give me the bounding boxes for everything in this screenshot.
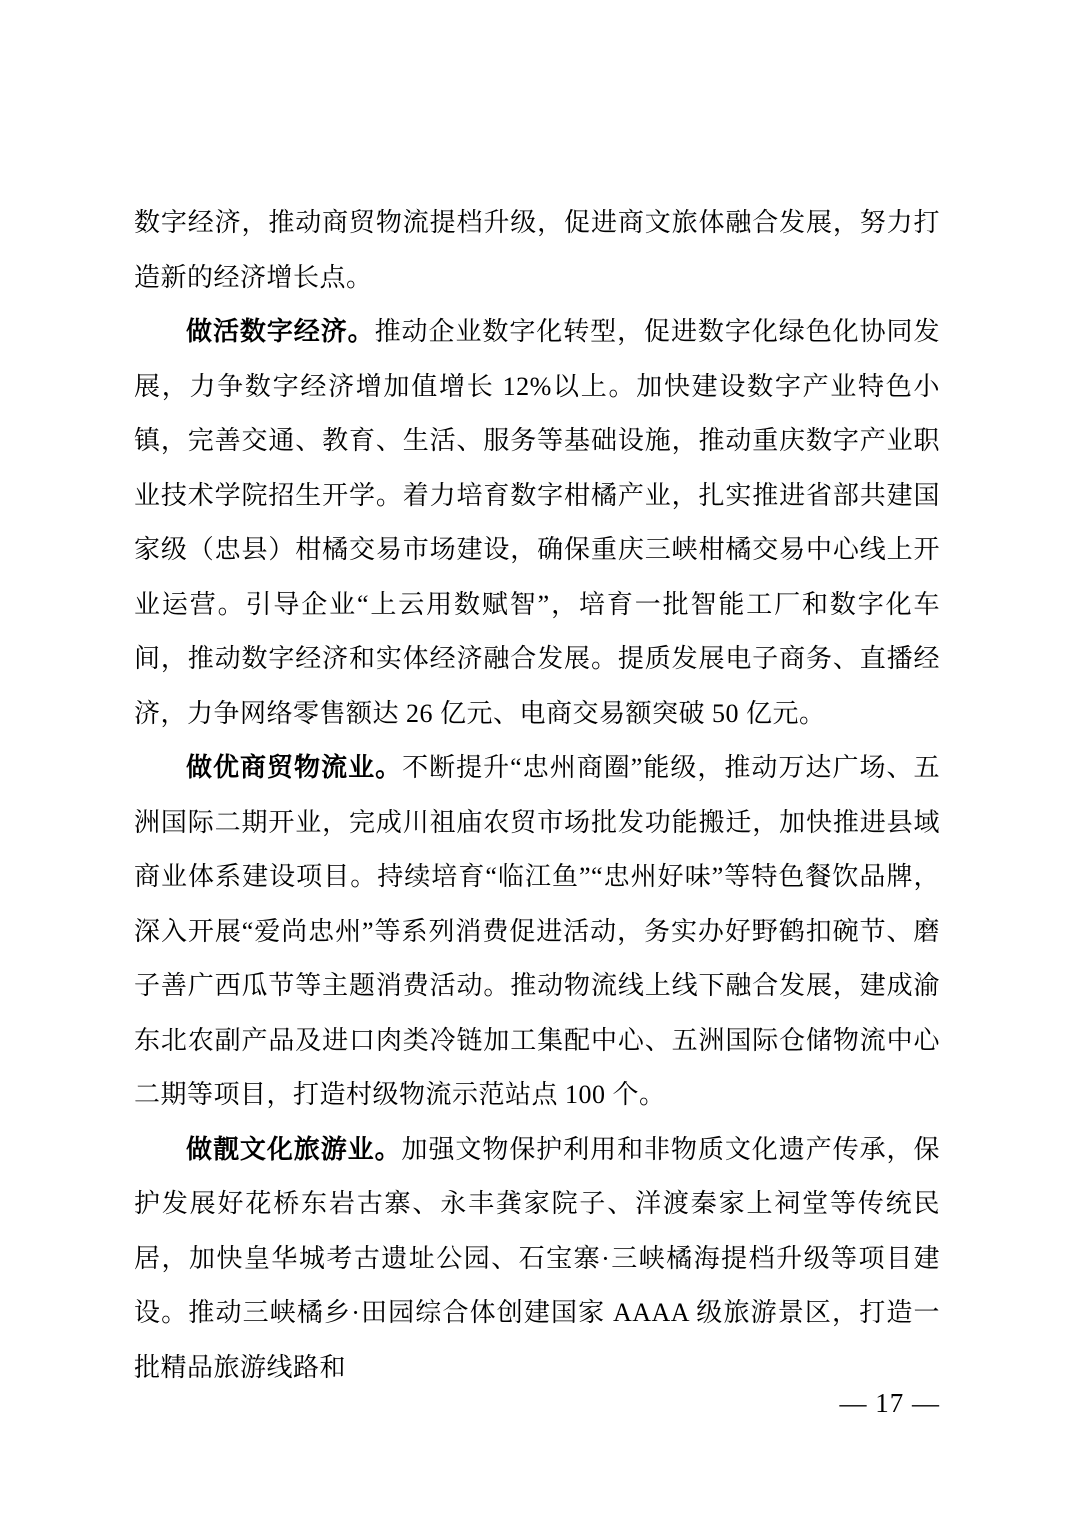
paragraph-2-text: 推动企业数字化转型，促进数字化绿色化协同发展，力争数字经济增加值增长 12%以上… <box>134 317 940 728</box>
document-body: 数字经济，推动商贸物流提档升级，促进商文旅体融合发展，努力打造新的经济增长点。 … <box>134 196 940 1395</box>
body-paragraph-3: 做优商贸物流业。不断提升“忠州商圈”能级，推动万达广场、五洲国际二期开业，完成川… <box>134 741 940 1123</box>
paragraph-3-lead: 做优商贸物流业。 <box>186 753 402 782</box>
document-page: 数字经济，推动商贸物流提档升级，促进商文旅体融合发展，努力打造新的经济增长点。 … <box>0 0 1074 1520</box>
page-number: — 17 — <box>840 1388 941 1418</box>
body-paragraph-1: 数字经济，推动商贸物流提档升级，促进商文旅体融合发展，努力打造新的经济增长点。 <box>134 196 940 305</box>
paragraph-1-text: 数字经济，推动商贸物流提档升级，促进商文旅体融合发展，努力打造新的经济增长点。 <box>134 208 940 292</box>
paragraph-4-lead: 做靓文化旅游业。 <box>186 1135 402 1164</box>
page-footer: — 17 — <box>809 1352 941 1454</box>
paragraph-3-text: 不断提升“忠州商圈”能级，推动万达广场、五洲国际二期开业，完成川祖庙农贸市场批发… <box>134 753 940 1109</box>
body-paragraph-2: 做活数字经济。推动企业数字化转型，促进数字化绿色化协同发展，力争数字经济增加值增… <box>134 305 940 741</box>
paragraph-2-lead: 做活数字经济。 <box>186 317 375 346</box>
paragraph-4-text: 加强文物保护利用和非物质文化遗产传承，保护发展好花桥东岩古寨、永丰龚家院子、洋渡… <box>134 1135 940 1382</box>
